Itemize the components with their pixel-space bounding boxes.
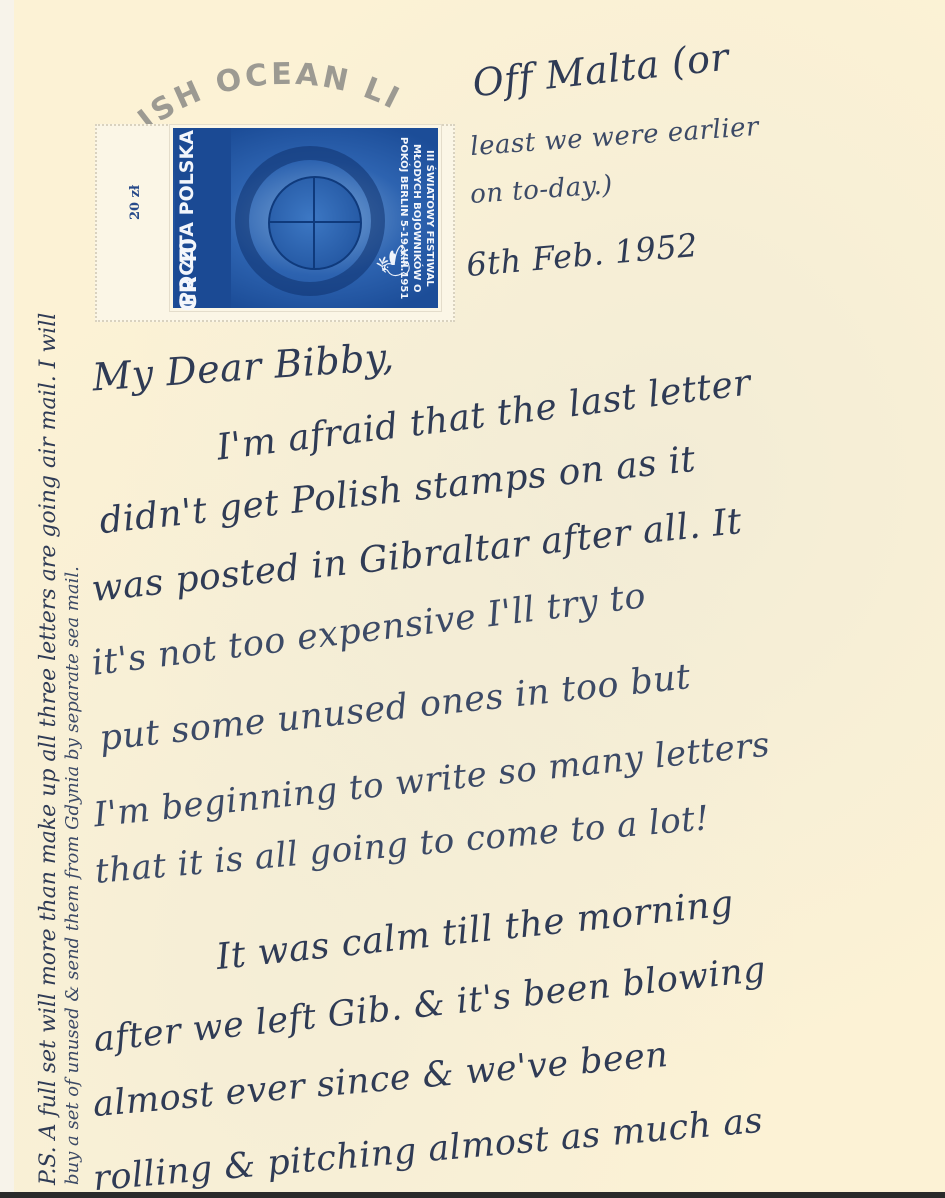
margin-postscript-line-2: buy a set of unused & send them from Gdy… xyxy=(62,566,83,1185)
ship-postmark: LISH OCEAN LI xyxy=(105,20,425,140)
postmark-arc-icon: LISH OCEAN LI xyxy=(105,20,425,140)
stamp-denomination: GR 40 xyxy=(177,238,202,311)
stamp-margin-value: 20 zł xyxy=(128,185,143,220)
scan-bottom-edge xyxy=(0,1192,945,1198)
postage-stamp: POCZTA POLSKA III ŚWIATOWY FESTIWAL MŁOD… xyxy=(173,128,438,308)
globe-icon xyxy=(268,176,362,270)
margin-postscript-line-1: P.S. A full set will more than make up a… xyxy=(36,313,61,1185)
scan-left-edge xyxy=(0,0,14,1192)
